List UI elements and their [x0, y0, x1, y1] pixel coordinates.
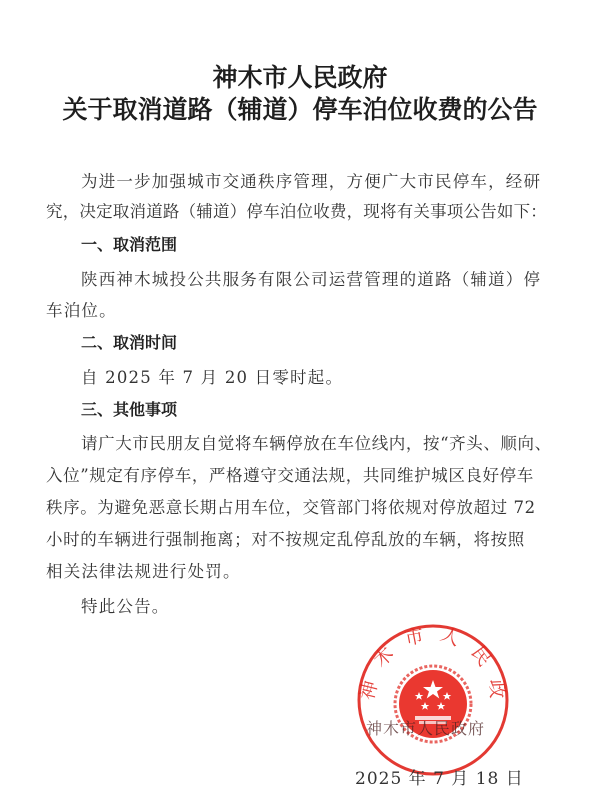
time-line-1: 自 2025 年 7 月 20 日零时起。	[81, 364, 343, 388]
other-line-4: 小时的车辆进行强制拖离；对不按规定乱停乱放的车辆，将按照	[46, 526, 525, 550]
section-heading-scope: 一、取消范围	[81, 232, 177, 255]
section-heading-other: 三、其他事项	[81, 397, 177, 420]
signer-name: 神木市人民政府	[366, 716, 485, 739]
other-line-2: 入位”规定有序停车，严格遵守交通法规，共同维护城区良好停车	[46, 462, 534, 486]
section-heading-time: 二、取消时间	[81, 330, 177, 353]
other-line-5: 相关法律法规进行处罚。	[46, 558, 241, 582]
other-line-3: 秩序。为避免恶意长期占用车位，交管部门将依规对停放超过 72	[46, 494, 536, 518]
issue-date: 2025 年 7 月 18 日	[355, 764, 524, 789]
intro-line-2: 究，决定取消道路（辅道）停车泊位收费，现将有关事项公告如下：	[46, 198, 547, 222]
other-line-1: 请广大市民朋友自觉将车辆停放在车位线内，按“齐头、顺向、	[81, 430, 552, 454]
official-seal-stamp: 神木市人民政府	[355, 622, 511, 778]
issuer-title: 神木市人民政府	[0, 58, 600, 94]
seal-emblem-icon: 神木市人民政府	[355, 622, 511, 778]
notice-title: 关于取消道路（辅道）停车泊位收费的公告	[0, 90, 600, 126]
intro-line-1: 为进一步加强城市交通秩序管理，方便广大市民停车，经研	[81, 168, 541, 192]
scope-line-1: 陕西神木城投公共服务有限公司运营管理的道路（辅道）停	[81, 266, 541, 290]
scope-line-2: 车泊位。	[46, 297, 117, 321]
closing-text: 特此公告。	[81, 593, 170, 617]
